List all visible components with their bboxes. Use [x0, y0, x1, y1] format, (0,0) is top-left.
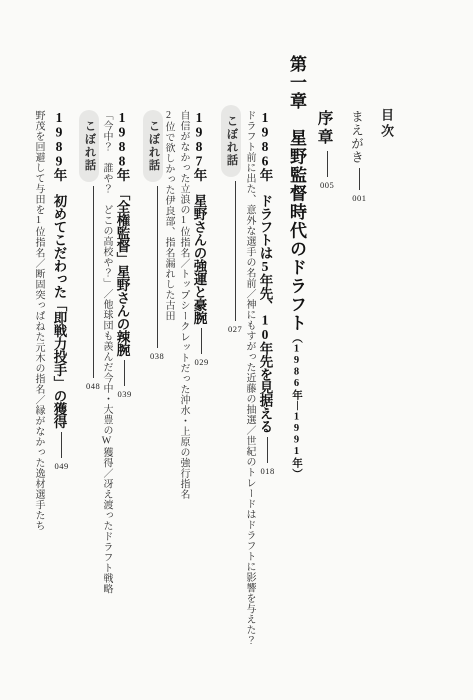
toc-entry-josho: 序章005 — [316, 110, 334, 190]
leader-line — [235, 181, 236, 321]
badge-pill: こぼれ話 — [79, 110, 99, 182]
leader-line — [201, 328, 202, 354]
page-number: 048 — [86, 382, 100, 391]
toc-page: { "toc": { "heading": "目次", "frontmatter… — [0, 0, 473, 700]
description-line: 野茂を回避して与田を1位指名／断固突っぱねた元木の指名／縁がなかった逸材選手たち — [31, 110, 46, 531]
page-number: 049 — [54, 462, 68, 471]
chapter-years: ︵1986年︱1991年︶ — [291, 333, 302, 480]
section-title-text: 1988年 「全権監督」星野さんの辣腕 — [115, 110, 130, 356]
badge-pill: こぼれ話 — [143, 110, 163, 182]
page-title: 目次 — [380, 108, 393, 140]
section-1988-title: 1988年 「全権監督」星野さんの辣腕039 — [115, 110, 132, 399]
chapter-title: 星野監督時代のドラフト — [287, 129, 306, 333]
page-number: 001 — [352, 194, 366, 203]
chapter-heading: 第一章 星野監督時代のドラフト︵1986年︱1991年︶ — [288, 55, 305, 480]
section-1989-description: 野茂を回避して与田を1位指名／断固突っぱねた元木の指名／縁がなかった逸材選手たち — [31, 110, 46, 531]
page-number: 039 — [117, 390, 131, 399]
section-1987-title: 1987年 星野さんの強運と豪腕029 — [192, 110, 209, 367]
kobore-badge-1: こぼれ話027 — [221, 105, 242, 334]
kobore-badge-2: こぼれ話038 — [143, 110, 164, 361]
toc-entry-maegaki: まえがき001 — [350, 110, 367, 203]
page-number: 029 — [194, 358, 208, 367]
section-title-text: 1986年 ドラフトは5年先、10年先を見据える — [258, 110, 273, 433]
section-title-text: 1989年 初めてこだわった「即戦力投手」の獲得 — [52, 110, 67, 428]
leader-line — [267, 437, 268, 463]
page-number: 018 — [260, 467, 274, 476]
page-number: 027 — [228, 325, 242, 334]
toc-entry-label: 序章 — [316, 110, 333, 147]
badge-pill: こぼれ話 — [221, 105, 241, 177]
kobore-badge-3: こぼれ話048 — [79, 110, 100, 391]
chapter-spacer — [287, 111, 306, 130]
leader-line — [327, 151, 328, 177]
section-1986-description: ドラフト前に出た、意外な選手の名前／神にもすがった近藤の抽選／世紀のトレードはド… — [242, 110, 257, 646]
leader-line — [61, 432, 62, 458]
leader-line — [157, 186, 158, 348]
leader-line — [359, 168, 360, 190]
section-title-text: 1987年 星野さんの強運と豪腕 — [192, 110, 207, 324]
section-1987-description: 自信がなかった立浪の1位指名／トップシークレットだった沖水・上原の強行指名 2位… — [161, 110, 191, 500]
page-number: 005 — [320, 181, 334, 190]
description-line: ドラフト前に出た、意外な選手の名前／神にもすがった近藤の抽選／世紀のトレードはド… — [242, 110, 257, 646]
description-line: 自信がなかった立浪の1位指名／トップシークレットだった沖水・上原の強行指名 — [176, 110, 191, 500]
leader-line — [93, 186, 94, 378]
leader-line — [124, 360, 125, 386]
section-1988-description: 「今中？ 誰や？ どこの高校や？」／他球団も羨んだ今中・大豊のW獲得／冴え渡った… — [99, 110, 114, 594]
page-number: 038 — [150, 352, 164, 361]
toc-entry-label: まえがき — [350, 110, 364, 164]
description-line: 「今中？ 誰や？ どこの高校や？」／他球団も羨んだ今中・大豊のW獲得／冴え渡った… — [99, 110, 114, 594]
section-1986-title: 1986年 ドラフトは5年先、10年先を見据える018 — [258, 110, 275, 475]
section-1989-title: 1989年 初めてこだわった「即戦力投手」の獲得049 — [52, 110, 69, 471]
chapter-number: 第一章 — [287, 55, 306, 111]
